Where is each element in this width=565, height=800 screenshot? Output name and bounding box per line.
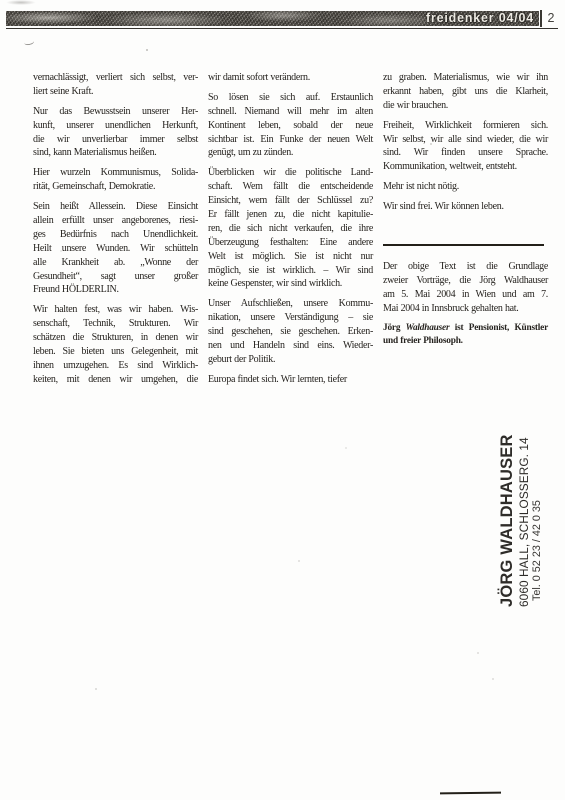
text-line: Hier wurzeln Kommunismus, Solida- <box>33 166 198 180</box>
text-line: nen und Handeln sind eins. Wieder- <box>208 339 373 353</box>
text-line: Freund HÖLDERLIN. <box>33 283 198 297</box>
scan-speck <box>492 678 494 680</box>
paragraph: Wir halten fest, was wir haben. Wis-sens… <box>33 303 198 386</box>
paragraph: Mehr ist nicht nötig. <box>383 180 548 194</box>
text-line: Wir selbst, wir alle sind wieder, die wi… <box>383 133 548 147</box>
text-line: möglich, sie ist wirklich. – Wir sind <box>208 264 373 278</box>
text-line: geburt der Politik. <box>208 353 373 367</box>
page-number: 2 <box>543 10 559 26</box>
scan-speck <box>430 143 432 145</box>
text-line: sind. Wir finden unsere Sprache. <box>383 146 548 160</box>
text-line: ges Bedürfnis nach Unendlichkeit. <box>33 228 198 242</box>
text-line: schätzen die Strukturen, in denen wir <box>33 331 198 345</box>
text-line: Freiheit, Wirklichkeit formieren sich. <box>383 119 548 133</box>
text-line: kunft, unserer unendlichen Herkunft, <box>33 119 198 133</box>
text-line: genügt, um zu zünden. <box>208 146 373 160</box>
text-line: Überblicken wir die politische Land- <box>208 166 373 180</box>
paragraph: Nur das Bewusstsein unserer Her-kunft, u… <box>33 105 198 161</box>
text-line: Er fällt jenen zu, die nicht kapitulie- <box>208 208 373 222</box>
text-line: Sein heißt Allessein. Diese Einsicht <box>33 200 198 214</box>
text-line: Mai 2004 in Innsbruck gehalten hat. <box>383 302 548 316</box>
text-line: Kommunikation, weltweit, entsteht. <box>383 160 548 174</box>
text-line: Kontinent leben, sobald der neue <box>208 119 373 133</box>
scan-speck <box>60 250 62 252</box>
stamp-phone: Tel. 0 52 23 / 42 0 35 <box>531 435 544 607</box>
article-column-left: vernachlässigt, verliert sich selbst, ve… <box>33 71 198 393</box>
text-line: Überzeugung festhalten: Eine andere <box>208 236 373 250</box>
stamp-address: 6060 HALL, SCHLOSSERG. 14 <box>517 435 531 607</box>
paragraph: Hier wurzeln Kommunismus, Solida-rität, … <box>33 166 198 194</box>
scan-speck <box>95 688 97 690</box>
text-line: nikation, unsere Verständigung – sie <box>208 311 373 325</box>
paragraph: Wir sind frei. Wir können leben. <box>383 200 548 214</box>
author-note-paragraph: Jörg Waldhauser ist Pensionist, Künstler… <box>383 322 548 348</box>
text-line: zu graben. Materialismus, wie wir ihn <box>383 71 548 85</box>
text-line: liert seine Kraft. <box>33 85 198 99</box>
text-line: ren, die sich nicht verkaufen, die ihre <box>208 222 373 236</box>
text-line: und freier Philosoph. <box>383 335 548 348</box>
text-line: rität, Gemeinschaft, Demokratie. <box>33 180 198 194</box>
text-line: Unser Aufschließen, unsere Kommu- <box>208 297 373 311</box>
text-line: Der obige Text ist die Grundlage <box>383 260 548 274</box>
stamp-name: JÖRG WALDHAUSER <box>498 435 517 607</box>
paragraph: zu graben. Materialismus, wie wir ihnerk… <box>383 71 548 113</box>
text-line: senschaft, Technik, Strukturen. Wir <box>33 317 198 331</box>
text-line: die wir unverlierbar immer selbst <box>33 133 198 147</box>
text-line: schnell. Niemand will mehr im alten <box>208 105 373 119</box>
text-line: Welt ist möglich. Sie ist nicht nur <box>208 250 373 264</box>
paragraph: Unser Aufschließen, unsere Kommu-nikatio… <box>208 297 373 366</box>
article-column-right: zu graben. Materialismus, wie wir ihnerk… <box>383 71 548 354</box>
masthead-title: freidenker 04/04 <box>426 11 539 26</box>
text-line: sind, kann Materialismus heißen. <box>33 146 198 160</box>
article-column-middle: wir damit sofort verändern.So lösen sie … <box>208 71 373 393</box>
text-line: allein erfüllt unser angeborenes, riesi- <box>33 214 198 228</box>
scan-speck <box>345 447 347 449</box>
text-line: Nur das Bewusstsein unserer Her- <box>33 105 198 119</box>
text-line: wir damit sofort verändern. <box>208 71 373 85</box>
text-line: die wir brauchen. <box>383 99 548 113</box>
text-line: Wir sind frei. Wir können leben. <box>383 200 548 214</box>
scan-mark-line <box>440 792 501 795</box>
paragraph: Sein heißt Allessein. Diese Einsichtalle… <box>33 200 198 297</box>
text-line: schaft. Wem fällt die entscheidende <box>208 180 373 194</box>
text-line: Gesundheit“, sagt unser großer <box>33 270 198 284</box>
text-line: ihnen umzugehen. Es sind Wirklich- <box>33 359 198 373</box>
text-line: Jörg Waldhauser ist Pensionist, Künstler <box>383 322 548 335</box>
masthead-underline <box>6 28 558 30</box>
text-line: zweier Vorträge, die Jörg Waldhauser <box>383 274 548 288</box>
text-line: Wir halten fest, was wir haben. Wis- <box>33 303 198 317</box>
text-line: Heilt unsere Wunden. Wir schütteln <box>33 242 198 256</box>
paragraph: Freiheit, Wirklichkeit formieren sich.Wi… <box>383 119 548 175</box>
text-line: Europa findet sich. Wir lernten, tiefer <box>208 373 373 387</box>
scan-speck <box>298 560 300 562</box>
artifact-squiggle <box>24 38 35 46</box>
paragraph: Überblicken wir die politische Land-scha… <box>208 166 373 291</box>
text-line: Einsicht, wem fällt der Schlüssel zu? <box>208 194 373 208</box>
text-line: So lösen sie sich auf. Erstaunlich <box>208 91 373 105</box>
masthead-divider <box>540 10 542 27</box>
text-line: sichtbar ist. Ein Funke der neuen Welt <box>208 133 373 147</box>
text-line: vernachlässigt, verliert sich selbst, ve… <box>33 71 198 85</box>
paragraph: So lösen sie sich auf. Erstaunlichschnel… <box>208 91 373 160</box>
text-line: alle Krankheit ab. „Wonne der <box>33 256 198 270</box>
scan-speck <box>477 652 479 654</box>
artifact-smudge <box>6 0 36 5</box>
text-line: Mehr ist nicht nötig. <box>383 180 548 194</box>
paragraph: wir damit sofort verändern. <box>208 71 373 85</box>
text-line: am 5. Mai 2004 in Wien und am 7. <box>383 288 548 302</box>
text-line: keiten, mit denen wir umgehen, die <box>33 373 198 387</box>
text-line: sind geschehen, sie geschehen. Erken- <box>208 325 373 339</box>
masthead-band: freidenker 04/04 <box>6 11 539 26</box>
text-line: keine Gespenster, wir sind wirklich. <box>208 277 373 291</box>
text-line: erkannt haben, gibt uns die Klarheit, <box>383 85 548 99</box>
scanned-page: freidenker 04/04 2 vernachlässigt, verli… <box>0 0 565 800</box>
scan-speck <box>146 49 148 51</box>
contact-stamp: JÖRG WALDHAUSER 6060 HALL, SCHLOSSERG. 1… <box>498 435 548 607</box>
section-divider <box>383 244 544 246</box>
paragraph: vernachlässigt, verliert sich selbst, ve… <box>33 71 198 99</box>
paragraph: Europa findet sich. Wir lernten, tiefer <box>208 373 373 387</box>
paragraph: Der obige Text ist die Grundlagezweier V… <box>383 260 548 316</box>
text-line: leben. Sie bieten uns Gelegenheit, mit <box>33 345 198 359</box>
